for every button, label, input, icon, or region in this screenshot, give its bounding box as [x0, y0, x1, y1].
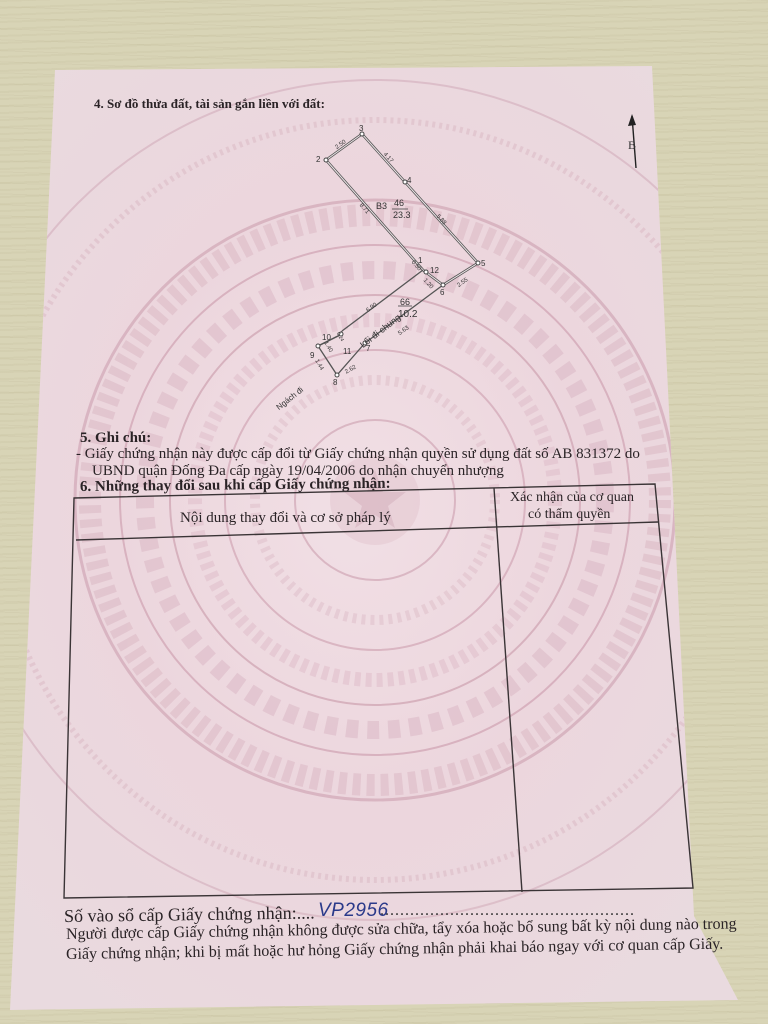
registration-number: VP2956: [318, 900, 389, 922]
table-header-change-content: Nội dung thay đổi và cơ sở pháp lý: [180, 510, 391, 527]
certificate-page: 4. Sơ đồ thửa đất, tài sản gắn liền với …: [0, 0, 768, 1024]
table-header-authority-confirmation-2: có thẩm quyền: [528, 507, 610, 523]
table-header-authority-confirmation: Xác nhận của cơ quan: [510, 490, 634, 506]
